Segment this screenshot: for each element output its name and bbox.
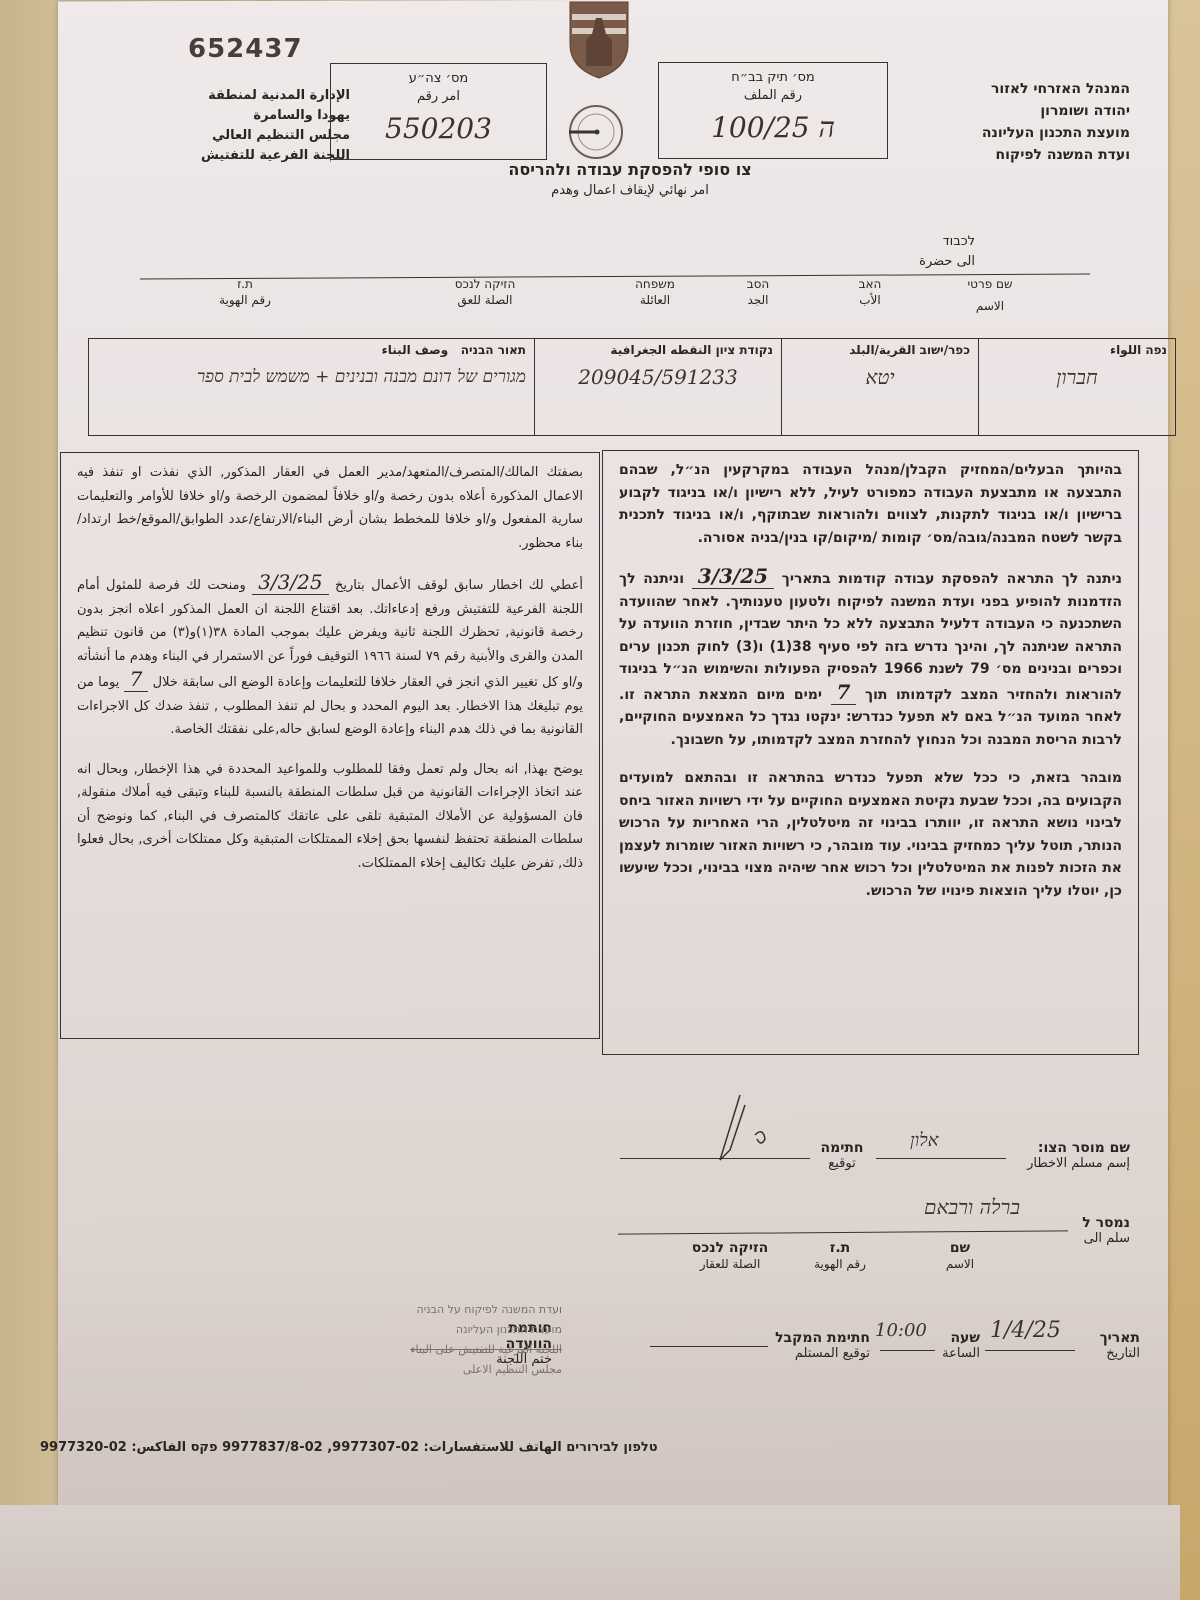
district-value: חברון [987, 365, 1167, 390]
header-ar-line: الإدارة المدنية لمنطقة [150, 86, 350, 106]
header-ar: القرية/البلد [849, 343, 915, 357]
label-he: שם [930, 1240, 990, 1256]
header-ar: اللواء [1110, 343, 1141, 357]
field-label-ar: العائلة [610, 292, 700, 308]
file-number-box: מס׳ תיק בב״ח رقم الملف ה 100/25 [658, 62, 888, 159]
recipient-signature-label: חתימת המקבל توقيع المستلم [770, 1330, 870, 1361]
header-he-line: מועצת התכנון העליונה [900, 122, 1130, 144]
file-label: מס׳ תיק בב״ח رقم الملف [659, 69, 887, 105]
header-ar: وصف البناء [382, 343, 449, 357]
header-he-line: ועדת המשנה לפיקוח [900, 144, 1130, 166]
delivered-to-value: ברלה ורבאם [840, 1195, 1020, 1220]
server-name-label: שם מוסר הצו: إسم مسلم الاخطار [1010, 1140, 1130, 1171]
field-label-ar: الصلة للعق [430, 292, 540, 308]
label-ar: الاسم [930, 1256, 990, 1272]
label-he: חתימת המקבל [770, 1330, 870, 1346]
text: וניתנה לך הזדמנות להופיע בפני ועדת המשנה… [619, 571, 1122, 703]
district-header: נפה اللواء [987, 343, 1167, 357]
delivered-to-label: נמסר ל سلم الى [1060, 1215, 1130, 1246]
header-he-line: יהודה ושומרון [900, 100, 1130, 122]
header-ar: النقطه الجغرافية [610, 343, 711, 357]
arabic-paragraph-2: أعطي لك اخطار سابق لوقف الأعمال بتاريخ 3… [77, 571, 583, 742]
label-ar: إسم مسلم الاخطار [1010, 1156, 1130, 1171]
coordinates-value: 209045/591233 [543, 365, 773, 389]
header-he-line: המנהל האזרחי לאזור [900, 78, 1130, 100]
stamp-line: مجلس التنظيم الاعلى [222, 1360, 562, 1380]
person-fields: שם פרטיالاسم האבالأب הסבالجد משפחהالعائل… [150, 276, 1080, 316]
stamp-line: ועדת המשנה לפיקוח על הבניה [222, 1300, 562, 1320]
hour-label: שעה الساعة [935, 1330, 980, 1361]
hebrew-paragraph-2: ניתנה לך התראה להפסקת עבודה קודמות בתארי… [619, 565, 1122, 751]
order-label-ar: امر رقم [331, 88, 546, 106]
recipient-fields: שםالاسم ת.זرقم الهوية הזיקה לנכסالصلة لل… [600, 1240, 1040, 1280]
description-header: תאור הבניה وصف البناء [97, 343, 526, 357]
hour-value: 10:00 [875, 1320, 927, 1341]
stamp-line: מועצת התכנון העליונה [222, 1320, 562, 1340]
signature-scribble-icon [700, 1090, 780, 1170]
field-label-he: האב [830, 276, 910, 292]
field-label-ar: الأب [830, 292, 910, 308]
header-ar-line: يهودا والسامرة [150, 106, 350, 126]
text: ومنحت لك فرصة للمثول أمام اللجنة الفرعية… [77, 578, 583, 690]
field-label-he: שם פרטי [940, 276, 1040, 292]
field-family: משפחהالعائلة [610, 276, 700, 308]
label-he: הזיקה לנכס [680, 1240, 780, 1256]
field-label-ar: الجد [718, 292, 798, 308]
file-label-ar: رقم الملف [659, 87, 887, 105]
field-id-number: ת.זرقم الهوية [190, 276, 300, 308]
header-he: כפר/ישוב [920, 343, 970, 357]
field-label-ar: الاسم [940, 298, 1040, 314]
recipient-relation: הזיקה לנכסالصلة للعقار [680, 1240, 780, 1272]
label-ar: الساعة [935, 1346, 980, 1361]
field-first-name: שם פרטיالاسم [940, 276, 1040, 314]
arabic-text-panel: بصفتك المالك/المتصرف/المتعهد/مدير العمل … [60, 452, 600, 1039]
village-header: כפר/ישוב القرية/البلد [790, 343, 970, 357]
header-he: תאור הבניה [461, 343, 526, 357]
field-label-he: ת.ז [190, 276, 300, 292]
village-value: יטא [790, 365, 970, 390]
date-value: 1/4/25 [990, 1318, 1061, 1343]
cell-village: כפר/ישוב القرية/البلد יטא [782, 339, 979, 436]
title-hebrew: צו סופי להפסקת עבודה ולהריסה [420, 160, 840, 179]
cell-coordinates: נקודת ציון النقطه الجغرافية 209045/59123… [535, 339, 782, 436]
footer-contact: טלפון לבירורים الهاتف للاستفسارات: 02-99… [40, 1440, 740, 1455]
signature-label: חתימה توقيع [812, 1140, 872, 1171]
paper-below [0, 1505, 1180, 1600]
prior-notice-date: 3/3/25 [252, 570, 328, 595]
field-label-ar: رقم الهوية [190, 292, 300, 308]
addressee-label: לכבוד الى حضرة [860, 232, 975, 272]
label-he: ת.ז [800, 1240, 880, 1256]
label-he: שעה [935, 1330, 980, 1346]
label-ar: رقم الهوية [800, 1256, 880, 1272]
stamp-line: اللجنة الفرعية للتفتيش على البناء [222, 1340, 562, 1360]
file-number-value: ה 100/25 [659, 111, 887, 145]
field-father: האבالأب [830, 276, 910, 308]
addressee-ar: الى حضرة [860, 252, 975, 272]
label-he: תאריך [1080, 1330, 1140, 1346]
server-name-line [876, 1158, 1006, 1159]
hebrew-text-panel: בהיותך הבעלים/המחזיק הקבלן/מנהל העבודה ב… [602, 450, 1139, 1055]
server-name-value: אלון [910, 1130, 938, 1151]
round-stamp-icon [563, 102, 629, 162]
order-number-box: מס׳ צה״ע امر رقم 550203 [330, 63, 547, 160]
order-number-value: 550203 [331, 112, 546, 145]
header-he: נפה [1145, 343, 1167, 357]
field-property-relation: הזיקה לנכסالصلة للعق [430, 276, 540, 308]
label-he: חתימה [812, 1140, 872, 1156]
days-value: 7 [124, 667, 149, 692]
field-label-he: הסב [718, 276, 798, 292]
addressee-he: לכבוד [860, 232, 975, 252]
committee-stamp: ועדת המשנה לפיקוח על הבניה מועצת התכנון … [222, 1300, 562, 1380]
cell-district: נפה اللواء חברון [979, 339, 1176, 436]
recipient-signature-line [650, 1346, 768, 1347]
title-arabic: امر نهائي لإيقاف اعمال وهدم [420, 183, 840, 198]
label-ar: سلم الى [1060, 1231, 1130, 1246]
text: ניתנה לך התראה להפסקת עבודה קודמות בתארי… [782, 571, 1122, 587]
order-label-he: מס׳ צה״ע [331, 70, 546, 88]
date-line [985, 1350, 1075, 1351]
label-ar: توقيع المستلم [770, 1346, 870, 1361]
building-description-value: מגורים של דונם מבנה ובנינים + משמש לבית … [97, 365, 526, 389]
label-he: שם מוסר הצו: [1010, 1140, 1130, 1156]
arabic-paragraph-1: بصفتك المالك/المتصرف/المتعهد/مدير العمل … [77, 461, 583, 555]
days-value: 7 [831, 680, 857, 705]
field-label-he: משפחה [610, 276, 700, 292]
label-ar: الصلة للعقار [680, 1256, 780, 1272]
cell-building-description: תאור הבניה وصف البناء מגורים של דונם מבנ… [89, 339, 535, 436]
prior-notice-date: 3/3/25 [692, 564, 774, 589]
hebrew-paragraph-1: בהיותך הבעלים/המחזיק הקבלן/מנהל העבודה ב… [619, 459, 1122, 549]
document-title: צו סופי להפסקת עבודה ולהריסה امر نهائي ل… [420, 160, 840, 198]
label-ar: التاريخ [1080, 1346, 1140, 1361]
recipient-id: ת.זرقم الهوية [800, 1240, 880, 1272]
text: أعطي لك اخطار سابق لوقف الأعمال بتاريخ [335, 578, 583, 593]
recipient-name: שםالاسم [930, 1240, 990, 1272]
header-he: נקודת ציון [716, 343, 773, 357]
serial-number: 652437 [188, 34, 303, 64]
hebrew-paragraph-3: מובהר בזאת, כי ככל שלא תפעל כנדרש בהתראה… [619, 767, 1122, 902]
field-grandfather: הסבالجد [718, 276, 798, 308]
arabic-paragraph-3: يوضح بهذا, انه بحال ولم تعمل وفقا للمطلو… [77, 758, 583, 876]
arabic-text: بصفتك المالك/المتصرف/المتعهد/مدير العمل … [61, 453, 599, 899]
file-label-he: מס׳ תיק בב״ח [659, 69, 887, 87]
hour-line [880, 1350, 935, 1351]
emblem-shield-icon [568, 0, 630, 80]
header-ar-line: اللجنة الفرعية للتفتيش [150, 146, 350, 166]
hebrew-text: בהיותך הבעלים/המחזיק הקבלן/מנהל העבודה ב… [603, 451, 1138, 926]
location-table: נפה اللواء חברון כפר/ישוב القرية/البلد י… [88, 338, 1176, 436]
coordinates-header: נקודת ציון النقطه الجغرافية [543, 343, 773, 357]
label-ar: توقيع [812, 1156, 872, 1171]
date-label: תאריך التاريخ [1080, 1330, 1140, 1361]
order-label: מס׳ צה״ע امر رقم [331, 70, 546, 106]
field-label-he: הזיקה לנכס [430, 276, 540, 292]
header-arabic: الإدارة المدنية لمنطقة يهودا والسامرة مج… [150, 86, 350, 166]
label-he: נמסר ל [1060, 1215, 1130, 1231]
header-ar-line: مجلس التنظيم العالي [150, 126, 350, 146]
header-hebrew: המנהל האזרחי לאזור יהודה ושומרון מועצת ה… [900, 78, 1130, 166]
